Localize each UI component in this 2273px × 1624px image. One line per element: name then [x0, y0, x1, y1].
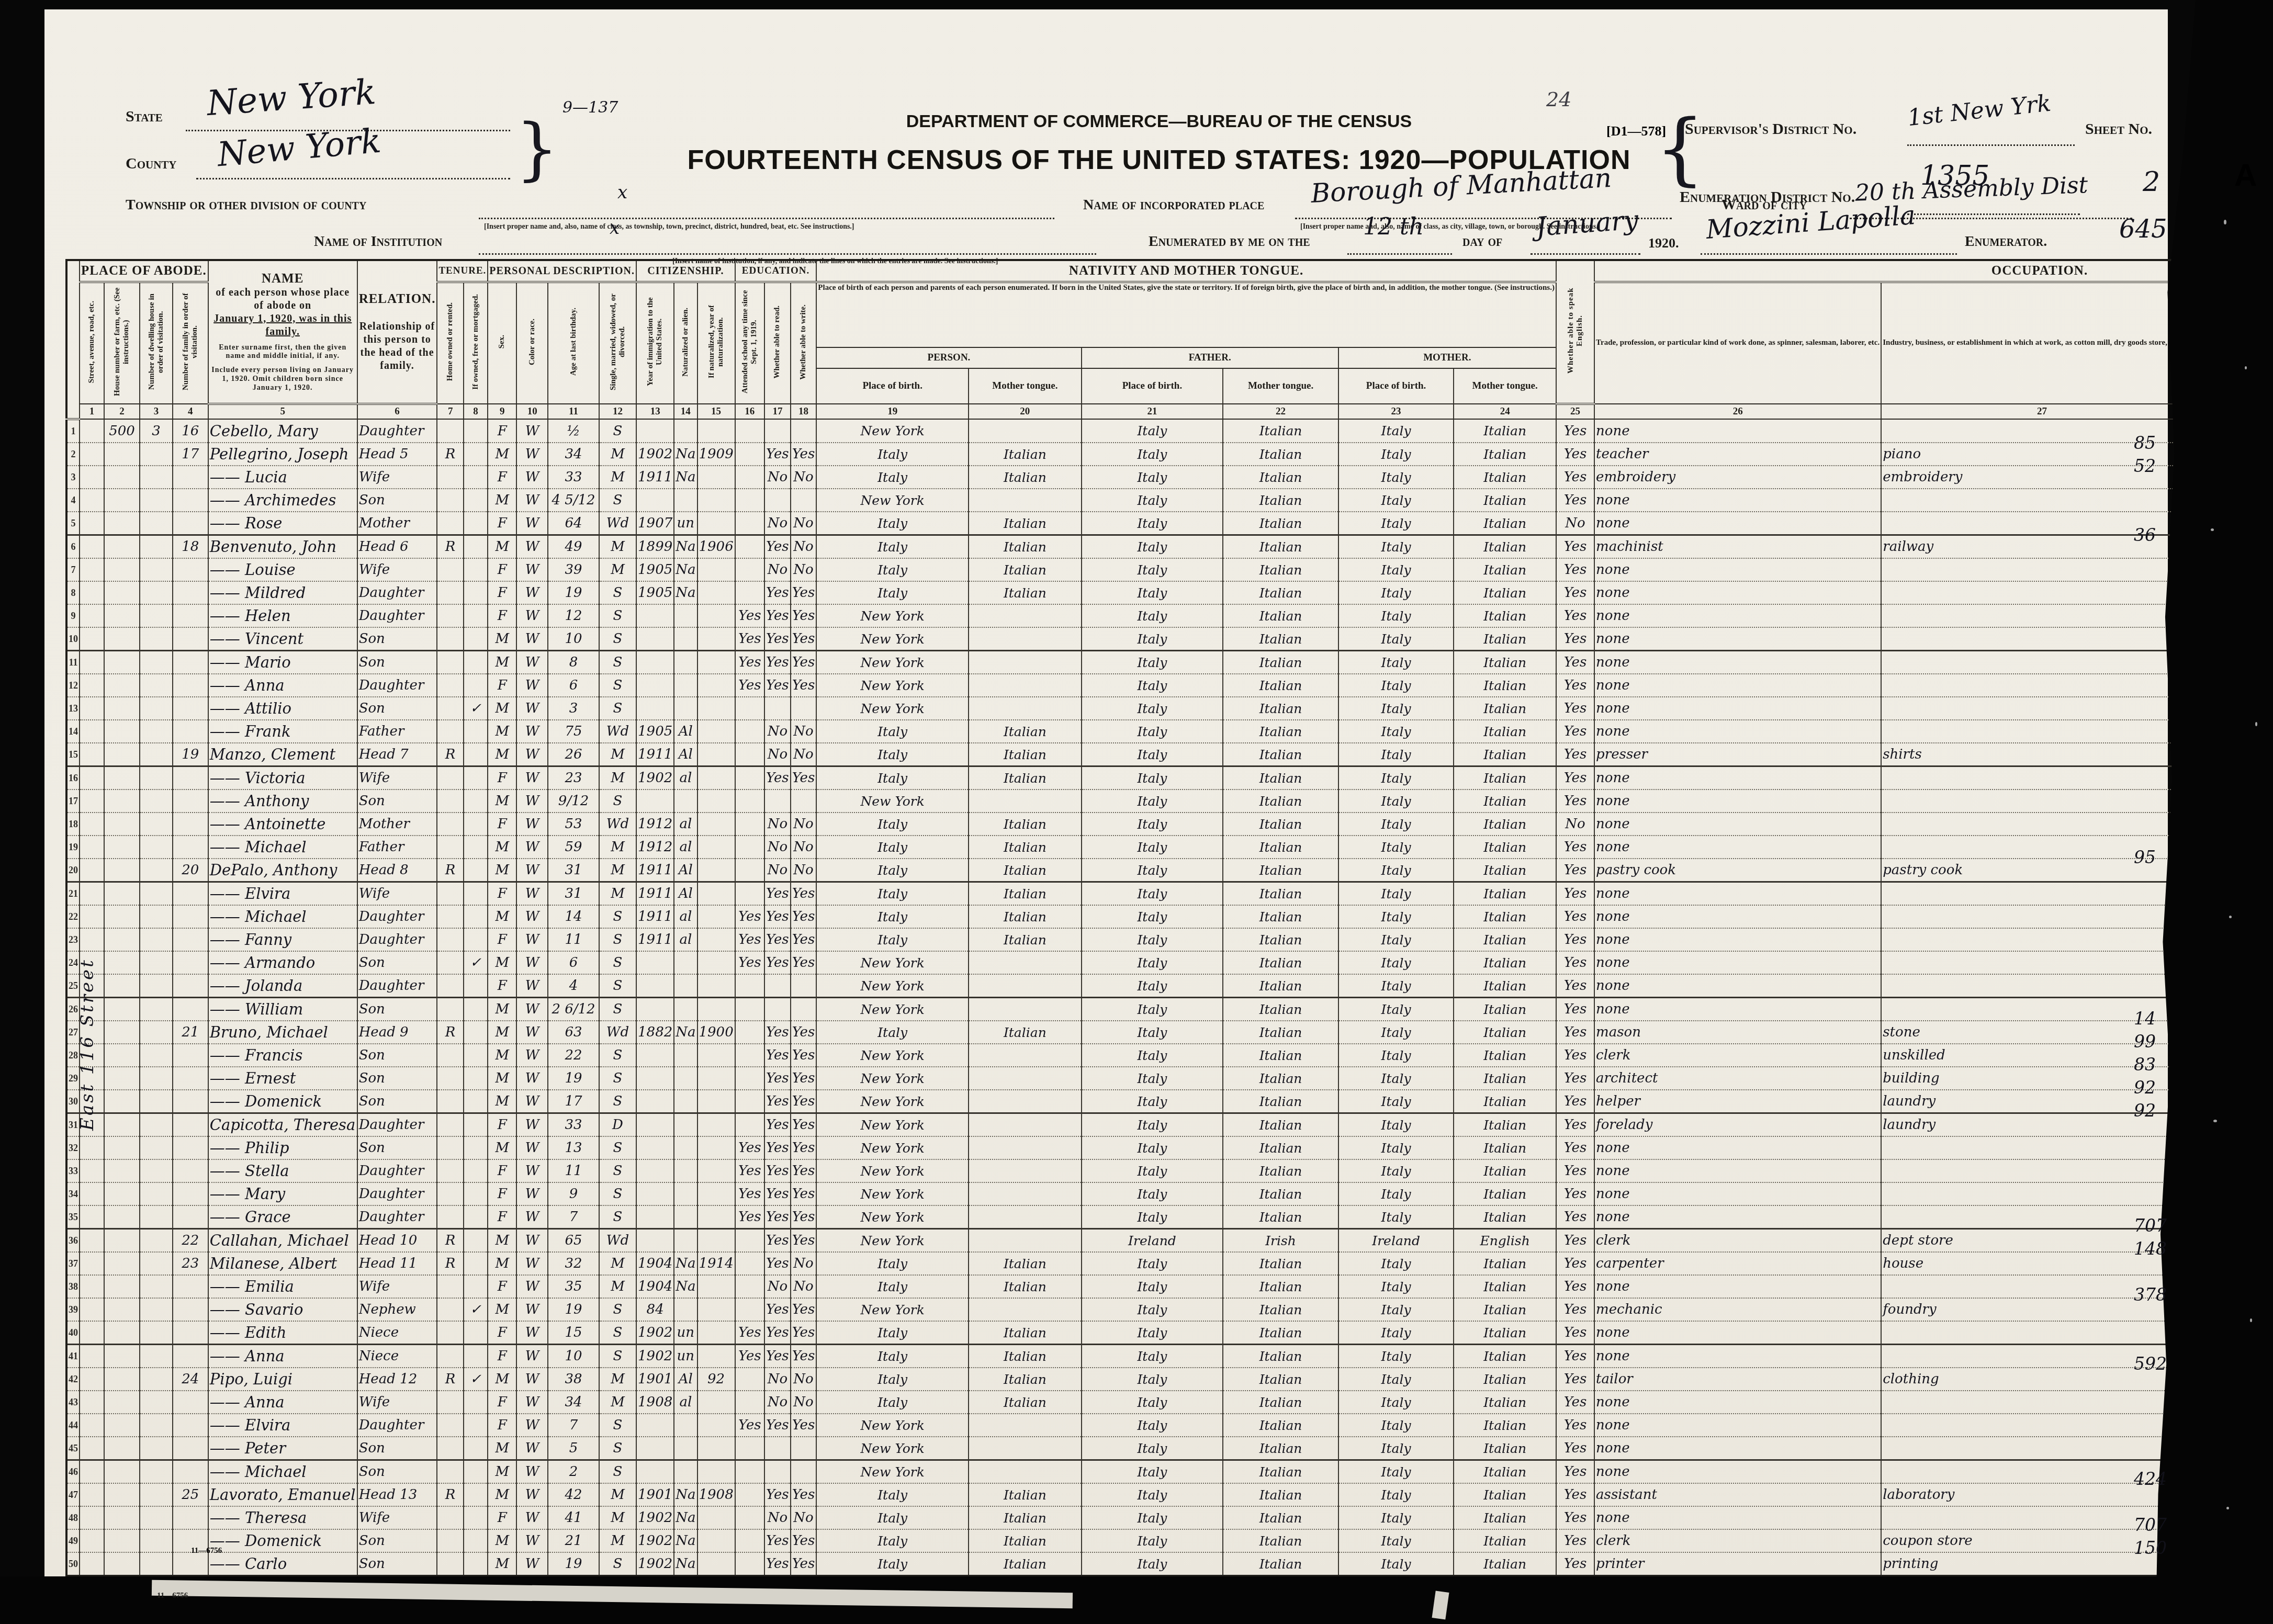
cell-sex: F: [488, 813, 516, 836]
cell-sex: M: [488, 1552, 516, 1576]
cell-fam: 24: [173, 1368, 208, 1391]
cell-c13: 1902: [636, 1506, 674, 1529]
cell-mpob: Italy: [1338, 1368, 1454, 1391]
cell-c13: 1902: [636, 1529, 674, 1552]
cell-ten: [437, 651, 463, 674]
cell-c15: [697, 558, 735, 581]
cell-c18: Yes: [791, 1298, 817, 1321]
census-row: 4—— ArchimedesSonMW4 5/12SNew YorkItalyI…: [66, 489, 2273, 512]
cell-c17: No: [764, 558, 791, 581]
cell-trade: none: [1594, 951, 1881, 974]
cell-c17: Yes: [764, 1159, 791, 1182]
cell-mar: S: [599, 1044, 636, 1067]
cell-fpob: Italy: [1082, 1067, 1223, 1090]
cell-fam: [173, 466, 208, 489]
col18-header: Whether able to write.: [791, 282, 817, 404]
cell-c13: 1882: [636, 1021, 674, 1044]
cell-age: 2 6/12: [548, 998, 599, 1021]
supervisor-label: Supervisor's District No.: [1685, 120, 1856, 138]
cell-fmt: Italian: [1223, 1252, 1338, 1275]
cell-mpob: Italy: [1338, 558, 1454, 581]
cell-fpob: Italy: [1082, 720, 1223, 743]
cell-mmt: Italian: [1454, 1113, 1556, 1137]
township-note: [Insert proper name and, also, name of c…: [484, 223, 854, 231]
line-number-left: 38: [66, 1275, 80, 1298]
cell-street: [80, 1090, 104, 1113]
cell-name: —— Elvira: [208, 1414, 357, 1437]
cell-mort: [464, 1067, 488, 1090]
cell-age: 33: [548, 466, 599, 489]
cell-c15: [697, 651, 735, 674]
name-note1: Enter surname first, then the given name…: [210, 344, 356, 362]
cell-fam: 20: [173, 859, 208, 882]
cell-sex: F: [488, 1275, 516, 1298]
cell-mort: [464, 1021, 488, 1044]
cell-name: Benvenuto, John: [208, 535, 357, 559]
cell-fam: [173, 974, 208, 998]
cell-c13: [636, 697, 674, 720]
cell-rel: Son: [357, 627, 437, 651]
name-title: NAME: [210, 272, 356, 286]
cell-color: W: [516, 1275, 548, 1298]
cell-c13: [636, 1136, 674, 1159]
cell-mmt: Italian: [1454, 743, 1556, 766]
cell-ind: laundry: [1881, 1090, 2203, 1113]
cell-c15: 1909: [697, 443, 735, 466]
cell-c13: [636, 1414, 674, 1437]
cell-rel: Daughter: [357, 419, 437, 443]
cell-mmt: Italian: [1454, 419, 1556, 443]
census-row: 45—— PeterSonMW5SNew YorkItalyItalianIta…: [66, 1437, 2273, 1460]
cell-sex: M: [488, 1229, 516, 1253]
cell-mt: [969, 1205, 1082, 1229]
cell-age: 53: [548, 813, 599, 836]
mother-pob-header: Place of birth.: [1338, 368, 1454, 404]
cell-mort: [464, 1460, 488, 1484]
cell-eng: Yes: [1556, 1136, 1594, 1159]
cell-age: 10: [548, 627, 599, 651]
cell-trade: none: [1594, 928, 1881, 951]
cell-fmt: Italian: [1223, 859, 1338, 882]
census-sheet: State New York 9—137 County New York } D…: [44, 9, 2168, 1576]
cell-c15: [697, 882, 735, 906]
cell-age: 3: [548, 697, 599, 720]
cell-dw: [140, 443, 173, 466]
cell-age: 49: [548, 535, 599, 559]
cell-mort: [464, 974, 488, 998]
cell-mort: [464, 1414, 488, 1437]
cell-sex: F: [488, 928, 516, 951]
cell-c14: Al: [674, 720, 697, 743]
cell-house: [104, 1229, 140, 1253]
cell-rel: Mother: [357, 512, 437, 535]
cell-trade: tailor: [1594, 1368, 1881, 1391]
cell-pob: New York: [816, 974, 969, 998]
cell-c17: Yes: [764, 882, 791, 906]
line-number-left: 43: [66, 1391, 80, 1414]
cell-color: W: [516, 998, 548, 1021]
cell-house: [104, 1321, 140, 1345]
cell-ten: [437, 1529, 463, 1552]
cell-trade: none: [1594, 419, 1881, 443]
cell-sex: F: [488, 1321, 516, 1345]
cell-age: 59: [548, 836, 599, 859]
cell-c16: Yes: [735, 1414, 764, 1437]
cell-age: 34: [548, 443, 599, 466]
cell-name: —— Domenick: [208, 1090, 357, 1113]
cell-mar: S: [599, 1182, 636, 1205]
cell-mmt: Italian: [1454, 1437, 1556, 1460]
cell-fmt: Italian: [1223, 558, 1338, 581]
cell-color: W: [516, 766, 548, 790]
cell-mort: [464, 905, 488, 928]
census-row: 8—— MildredDaughterFW19S1905NaYesYesItal…: [66, 581, 2273, 604]
cell-c17: No: [764, 1391, 791, 1414]
cell-mt: [969, 1298, 1082, 1321]
cell-fmt: Italian: [1223, 1021, 1338, 1044]
cell-sex: F: [488, 1391, 516, 1414]
cell-fam: [173, 790, 208, 813]
cell-mpob: Italy: [1338, 489, 1454, 512]
cell-color: W: [516, 1506, 548, 1529]
cell-mort: ✓: [464, 697, 488, 720]
cell-fam: [173, 1205, 208, 1229]
cell-eng: Yes: [1556, 581, 1594, 604]
cell-mar: Wd: [599, 512, 636, 535]
cell-rel: Wife: [357, 1391, 437, 1414]
cell-c16: [735, 882, 764, 906]
cell-mmt: Italian: [1454, 1159, 1556, 1182]
cell-fmt: Italian: [1223, 1483, 1338, 1506]
cell-age: 11: [548, 1159, 599, 1182]
cell-fpob: Italy: [1082, 1090, 1223, 1113]
cell-pob: Italy: [816, 813, 969, 836]
census-row: 49—— DomenickSonMW21M1902NaYesYesItalyIt…: [66, 1529, 2273, 1552]
cell-mort: [464, 1437, 488, 1460]
cell-sex: F: [488, 1182, 516, 1205]
cell-fam: [173, 1067, 208, 1090]
group-tenure: TENURE.: [437, 260, 488, 282]
cell-sex: F: [488, 558, 516, 581]
cell-mt: [969, 790, 1082, 813]
line-number-left: 39: [66, 1298, 80, 1321]
cell-dw: [140, 1044, 173, 1067]
cell-c14: [674, 1159, 697, 1182]
cell-sex: M: [488, 859, 516, 882]
cell-mmt: Italian: [1454, 813, 1556, 836]
cell-c13: 1902: [636, 1552, 674, 1576]
cell-c17: No: [764, 512, 791, 535]
cell-pob: Italy: [816, 466, 969, 489]
cell-name: Capicotta, Theresa: [208, 1113, 357, 1137]
cell-house: [104, 1506, 140, 1529]
cell-c13: [636, 1159, 674, 1182]
census-row: 3723Milanese, AlbertHead 11RMW32M1904Na1…: [66, 1252, 2273, 1275]
cell-mmt: Italian: [1454, 1067, 1556, 1090]
cell-c14: [674, 1067, 697, 1090]
cell-ten: [437, 697, 463, 720]
cell-house: [104, 813, 140, 836]
cell-c13: [636, 974, 674, 998]
cell-c15: [697, 419, 735, 443]
cell-fpob: Italy: [1082, 1021, 1223, 1044]
cell-pob: Italy: [816, 558, 969, 581]
cell-dw: [140, 836, 173, 859]
cell-c15: [697, 766, 735, 790]
cell-c13: [636, 1090, 674, 1113]
cell-c15: 1908: [697, 1483, 735, 1506]
column-number: 7: [437, 404, 463, 419]
cell-ten: [437, 512, 463, 535]
cell-trade: none: [1594, 1159, 1881, 1182]
cell-mar: Wd: [599, 1229, 636, 1253]
line-number-left: 44: [66, 1414, 80, 1437]
cell-fmt: Italian: [1223, 813, 1338, 836]
cell-mort: [464, 1159, 488, 1182]
cell-mar: M: [599, 1483, 636, 1506]
cell-color: W: [516, 1229, 548, 1253]
cell-c16: [735, 1090, 764, 1113]
cell-ind: house: [1881, 1252, 2203, 1275]
cell-fam: 23: [173, 1252, 208, 1275]
cell-color: W: [516, 1113, 548, 1137]
cell-c16: Yes: [735, 951, 764, 974]
cell-c16: [735, 766, 764, 790]
cell-c13: [636, 419, 674, 443]
dept-title: DEPARTMENT OF COMMERCE—BUREAU OF THE CEN…: [714, 111, 1604, 132]
cell-sex: M: [488, 489, 516, 512]
cell-house: [104, 905, 140, 928]
cell-mmt: Italian: [1454, 1345, 1556, 1368]
cell-dw: [140, 974, 173, 998]
cell-trade: printer: [1594, 1552, 1881, 1576]
cell-mmt: Italian: [1454, 1021, 1556, 1044]
cell-c18: No: [791, 1252, 817, 1275]
cell-fam: 19: [173, 743, 208, 766]
cell-c15: [697, 1182, 735, 1205]
cell-mt: Italian: [969, 466, 1082, 489]
cell-mort: [464, 443, 488, 466]
cell-fam: [173, 905, 208, 928]
cell-ind: [1881, 998, 2203, 1021]
cell-mt: Italian: [969, 813, 1082, 836]
cell-mmt: Italian: [1454, 1552, 1556, 1576]
cell-rel: Daughter: [357, 1159, 437, 1182]
cell-ind: [1881, 1345, 2203, 1368]
cell-rel: Wife: [357, 766, 437, 790]
cell-color: W: [516, 627, 548, 651]
cell-c16: [735, 581, 764, 604]
cell-dw: [140, 1275, 173, 1298]
cell-mt: Italian: [969, 1345, 1082, 1368]
cell-c18: Yes: [791, 651, 817, 674]
line-number-left: 13: [66, 697, 80, 720]
cell-mt: [969, 604, 1082, 627]
cell-c14: [674, 1298, 697, 1321]
line-number-left: 50: [66, 1552, 80, 1576]
cell-name: —— Armando: [208, 951, 357, 974]
cell-mt: Italian: [969, 905, 1082, 928]
cell-eng: Yes: [1556, 1321, 1594, 1345]
census-row: 12—— AnnaDaughterFW6SYesYesYesNew YorkIt…: [66, 674, 2273, 697]
cell-eng: Yes: [1556, 998, 1594, 1021]
cell-fmt: Italian: [1223, 1136, 1338, 1159]
census-row: 40—— EdithNieceFW15S1902unYesYesYesItaly…: [66, 1321, 2273, 1345]
cell-mmt: Italian: [1454, 1460, 1556, 1484]
cell-mt: Italian: [969, 1368, 1082, 1391]
cell-eng: Yes: [1556, 1182, 1594, 1205]
cell-eng: Yes: [1556, 627, 1594, 651]
column-number: 21: [1082, 404, 1223, 419]
cell-mort: [464, 489, 488, 512]
cell-name: —— Edith: [208, 1321, 357, 1345]
cell-c16: [735, 1044, 764, 1067]
census-row: 28—— FrancisSonMW22SYesYesNew YorkItalyI…: [66, 1044, 2273, 1067]
cell-house: [104, 928, 140, 951]
cell-fpob: Italy: [1082, 790, 1223, 813]
cell-c15: 92: [697, 1368, 735, 1391]
cell-street: [80, 1529, 104, 1552]
cell-fpob: Italy: [1082, 1345, 1223, 1368]
cell-ten: [437, 951, 463, 974]
cell-fpob: Italy: [1082, 1275, 1223, 1298]
cell-street: [80, 489, 104, 512]
cell-age: 32: [548, 1252, 599, 1275]
cell-dw: [140, 928, 173, 951]
cell-c17: Yes: [764, 1483, 791, 1506]
cell-mmt: Italian: [1454, 604, 1556, 627]
cell-mpob: Italy: [1338, 1252, 1454, 1275]
cell-mt: Italian: [969, 1483, 1082, 1506]
cell-mt: [969, 674, 1082, 697]
cell-c14: Al: [674, 743, 697, 766]
cell-house: [104, 443, 140, 466]
cell-ten: [437, 627, 463, 651]
cell-c16: [735, 1437, 764, 1460]
cell-house: [104, 1205, 140, 1229]
cell-fpob: Italy: [1082, 1298, 1223, 1321]
cell-dw: [140, 1506, 173, 1529]
cell-color: W: [516, 1021, 548, 1044]
cell-rel: Wife: [357, 466, 437, 489]
cell-mort: [464, 859, 488, 882]
cell-mpob: Italy: [1338, 974, 1454, 998]
cell-sex: F: [488, 419, 516, 443]
group-nativity: NATIVITY AND MOTHER TONGUE.: [816, 260, 1556, 282]
cell-dw: [140, 1252, 173, 1275]
cell-c16: [735, 1067, 764, 1090]
cell-c16: [735, 443, 764, 466]
cell-mmt: Italian: [1454, 1275, 1556, 1298]
line-number-left: 14: [66, 720, 80, 743]
cell-fpob: Italy: [1082, 743, 1223, 766]
cell-mmt: Italian: [1454, 1044, 1556, 1067]
cell-house: [104, 790, 140, 813]
cell-c13: 1911: [636, 859, 674, 882]
cell-eng: Yes: [1556, 1552, 1594, 1576]
cell-ten: [437, 1321, 463, 1345]
township-label: Township or other division of county: [126, 197, 366, 213]
cell-eng: Yes: [1556, 443, 1594, 466]
cell-mt: [969, 1159, 1082, 1182]
cell-fmt: Italian: [1223, 1368, 1338, 1391]
cell-mar: S: [599, 1136, 636, 1159]
cell-c18: No: [791, 466, 817, 489]
cell-fpob: Italy: [1082, 1414, 1223, 1437]
cell-ten: R: [437, 1483, 463, 1506]
cell-house: [104, 766, 140, 790]
column-number: 18: [791, 404, 817, 419]
cell-c14: Na: [674, 1529, 697, 1552]
cell-fmt: Italian: [1223, 1529, 1338, 1552]
cell-c18: Yes: [791, 604, 817, 627]
line-number-left: 28: [66, 1044, 80, 1067]
cell-fam: [173, 1159, 208, 1182]
column-number: 8: [464, 404, 488, 419]
cell-fam: [173, 1275, 208, 1298]
cell-mpob: Italy: [1338, 512, 1454, 535]
cell-street: [80, 951, 104, 974]
cell-mar: M: [599, 1368, 636, 1391]
cell-ind: [1881, 766, 2203, 790]
cell-eng: Yes: [1556, 974, 1594, 998]
cell-dw: [140, 1298, 173, 1321]
cell-street: [80, 581, 104, 604]
cell-fpob: Italy: [1082, 1391, 1223, 1414]
cell-house: [104, 1437, 140, 1460]
cell-mmt: Italian: [1454, 1321, 1556, 1345]
cell-dw: [140, 1483, 173, 1506]
cell-ind: [1881, 1460, 2203, 1484]
cell-age: 2: [548, 1460, 599, 1484]
col10-header: Color or race.: [516, 282, 548, 404]
cell-house: [104, 1113, 140, 1137]
census-row: 9—— HelenDaughterFW12SYesYesYesNew YorkI…: [66, 604, 2273, 627]
cell-name: —— Anna: [208, 1391, 357, 1414]
cell-fmt: Italian: [1223, 1182, 1338, 1205]
cell-house: [104, 1090, 140, 1113]
cell-fpob: Italy: [1082, 581, 1223, 604]
cell-c17: [764, 790, 791, 813]
cell-mar: S: [599, 1414, 636, 1437]
cell-c14: Na: [674, 466, 697, 489]
cell-color: W: [516, 651, 548, 674]
cell-sex: F: [488, 512, 516, 535]
cell-house: [104, 1252, 140, 1275]
enum-district-rule: [1907, 213, 2080, 215]
cell-pob: New York: [816, 651, 969, 674]
cell-mmt: Italian: [1454, 974, 1556, 998]
cell-c17: Yes: [764, 1552, 791, 1576]
cell-fam: [173, 651, 208, 674]
cell-c13: 1905: [636, 558, 674, 581]
cell-c17: No: [764, 813, 791, 836]
cell-street: [80, 535, 104, 559]
cell-house: [104, 1182, 140, 1205]
cell-c18: Yes: [791, 1044, 817, 1067]
cell-ind: [1881, 882, 2203, 906]
cell-mt: Italian: [969, 882, 1082, 906]
cell-rel: Head 8: [357, 859, 437, 882]
cell-ind: [1881, 604, 2203, 627]
census-row: 26—— WilliamSonMW2 6/12SNew YorkItalyIta…: [66, 998, 2273, 1021]
cell-c15: [697, 1552, 735, 1576]
cell-fmt: Italian: [1223, 882, 1338, 906]
cell-eng: Yes: [1556, 882, 1594, 906]
cell-c13: 1904: [636, 1252, 674, 1275]
cell-ten: [437, 1044, 463, 1067]
cell-name: Pipo, Luigi: [208, 1368, 357, 1391]
